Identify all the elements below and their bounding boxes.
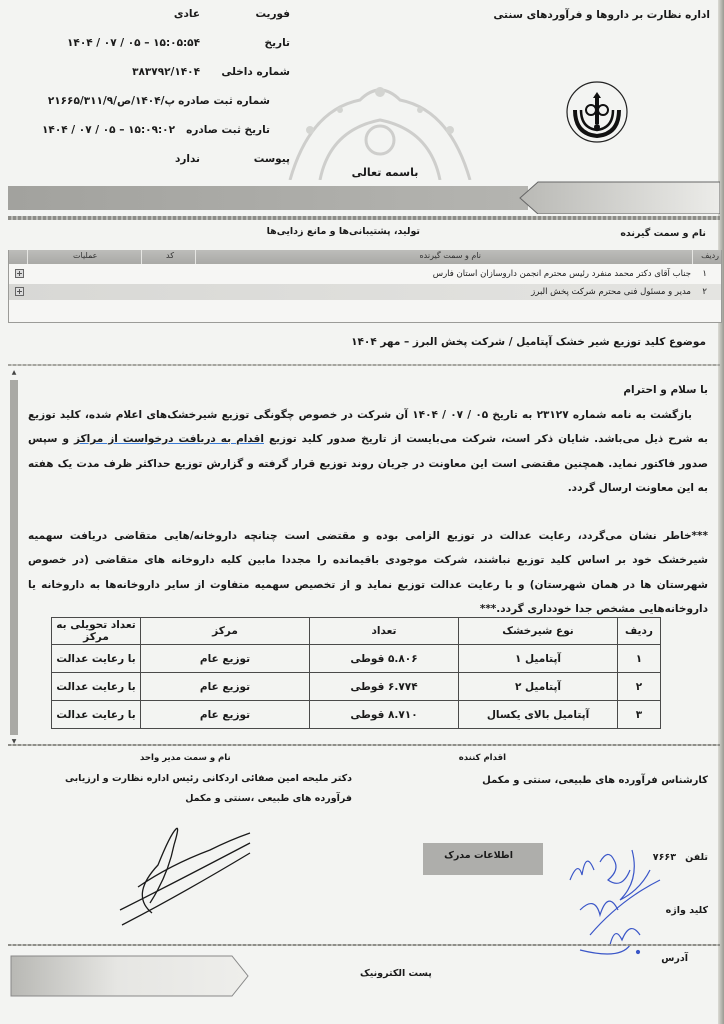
row-delivery: با رعایت عدالت (52, 701, 141, 729)
manager-signature (110, 825, 260, 935)
table-row[interactable]: ۱ جناب آقای دکتر محمد منفرد رئیس محترم ا… (9, 266, 721, 282)
date-label: تاریخ (210, 37, 290, 49)
document-info-label: اطلاعات مدرک (444, 850, 513, 861)
address-label: آدرس (661, 953, 688, 964)
manager-value: دکتر ملیحه امین صفائی اردکانی رئیس اداره… (30, 769, 352, 809)
table-row: ۳ آپتامیل بالای یکسال ۸.۷۱۰ قوطی توزیع ع… (52, 701, 661, 729)
row-count: ۶.۷۷۴ قوطی (310, 673, 459, 701)
keyword-label: کلید واژه (666, 905, 708, 916)
scroll-up-icon[interactable]: ▲ (11, 370, 17, 376)
date-value: ۱۴۰۴ / ۰۷ / ۰۵ – ۱۵:۰۵:۵۴ (67, 37, 200, 49)
issued-no-label: شماره ثبت صادره (170, 95, 270, 107)
university-logo (565, 80, 629, 144)
col-index: ردیف (618, 618, 661, 645)
col-count: تعداد (310, 618, 459, 645)
email-label: پست الکترونیک (360, 968, 432, 979)
scroll-thumb[interactable] (10, 380, 18, 735)
actor-label: اقدام کننده (459, 753, 506, 763)
col-type: نوع شیرخشک (459, 618, 618, 645)
row-recipient: مدیر و مسئول فنی محترم شرکت پخش البرز (531, 287, 691, 297)
department-name: اداره نظارت بر داروها و فرآوردهای سنتی (493, 9, 710, 21)
priority-value: عادی (174, 8, 200, 20)
divider (8, 744, 720, 746)
row-delivery: با رعایت عدالت (52, 645, 141, 673)
priority-label: فوریت (210, 8, 290, 20)
issued-no-value: ۲۱۶۶۵/۳۱۱/۹/پ/۱۴۰۴/ص (48, 95, 175, 107)
phone-label: تلفن (685, 852, 708, 863)
col-operations: عملیات (73, 251, 97, 260)
row-center: توزیع عام (141, 673, 310, 701)
actor-value: کارشناس فرآورده های طبیعی، سنتی و مکمل (482, 775, 708, 786)
greeting: با سلام و احترام (28, 378, 708, 403)
expand-icon[interactable] (15, 269, 24, 278)
attachment-label: پیوست (210, 153, 290, 165)
row-count: ۸.۷۱۰ قوطی (310, 701, 459, 729)
row-index: ۲ (702, 287, 707, 297)
department-banner (8, 180, 720, 214)
recipient-table: ردیف نام و سمت گیرنده کد عملیات ۱ جناب آ… (8, 250, 722, 323)
table-row: ۱ آپتامیل ۱ ۵.۸۰۶ قوطی توزیع عام با رعای… (52, 645, 661, 673)
body-scrollbar[interactable]: ▲ ▼ (10, 370, 18, 745)
row-type: آپتامیل ۱ (459, 645, 618, 673)
row-type: آپتامیل بالای یکسال (459, 701, 618, 729)
row-index: ۱ (618, 645, 661, 673)
phone-value: ۷۶۶۳ (653, 852, 676, 863)
internal-no-value: ۳۸۳۷۹۲/۱۴۰۴ (132, 66, 200, 78)
table-row: ۲ آپتامیل ۲ ۶.۷۷۴ قوطی توزیع عام با رعای… (52, 673, 661, 701)
row-delivery: با رعایت عدالت (52, 673, 141, 701)
letter-subject: موضوع کلید توزیع شیر خشک آپتامیل / شرکت … (351, 336, 706, 348)
table-row[interactable]: ۲ مدیر و مسئول فنی محترم شرکت پخش البرز (9, 284, 721, 300)
document-info-button[interactable]: اطلاعات مدرک (423, 843, 543, 875)
p1-underlined: اقدام به دریافت درخواست از مراکز (74, 433, 264, 445)
divider (8, 364, 720, 366)
recipient-label: نام و سمت گیرنده (620, 228, 706, 239)
attachment-value: ندارد (175, 153, 200, 165)
meta-date: تاریخ ۱۴۰۴ / ۰۷ / ۰۵ – ۱۵:۰۵:۵۴ (20, 37, 350, 55)
col-name: نام و سمت گیرنده (419, 251, 481, 260)
divider (8, 216, 720, 220)
row-type: آپتامیل ۲ (459, 673, 618, 701)
row-index: ۲ (618, 673, 661, 701)
col-center: مرکز (141, 618, 310, 645)
divider (8, 944, 720, 946)
page-edge (718, 0, 724, 1024)
row-center: توزیع عام (141, 701, 310, 729)
manager-label: نام و سمت مدیر واحد (140, 753, 231, 763)
row-index: ۳ (618, 701, 661, 729)
invocation: باسمه تعالی (330, 166, 440, 179)
issued-date-value: ۱۴۰۴ / ۰۷ / ۰۵ – ۱۵:۰۹:۰۲ (42, 124, 175, 136)
distribution-header: ردیف نوع شیرخشک تعداد مرکز تعداد تحویلی … (52, 618, 661, 645)
expand-icon[interactable] (15, 287, 24, 296)
paragraph-1: بازگشت به نامه شماره ۲۳۱۲۷ به تاریخ ۰۵ /… (28, 403, 708, 501)
row-count: ۵.۸۰۶ قوطی (310, 645, 459, 673)
col-delivery: تعداد تحویلی به مرکز (52, 618, 141, 645)
letter-body: با سلام و احترام بازگشت به نامه شماره ۲۳… (28, 378, 708, 622)
distribution-table: ردیف نوع شیرخشک تعداد مرکز تعداد تحویلی … (51, 617, 661, 729)
ornament-decoration (280, 70, 480, 180)
recipient-value: تولید، پشتیبانی‌ها و مانع زدایی‌ها (200, 226, 420, 237)
row-index: ۱ (702, 269, 707, 279)
meta-priority: فوریت عادی (20, 8, 350, 26)
row-recipient: جناب آقای دکتر محمد منفرد رئیس محترم انج… (433, 269, 691, 279)
row-center: توزیع عام (141, 645, 310, 673)
col-code: کد (166, 251, 174, 260)
email-banner (10, 954, 250, 998)
paragraph-2: ***خاطر نشان می‌گردد، رعایت عدالت در توز… (28, 524, 708, 622)
issued-date-label: تاریخ ثبت صادره (170, 124, 270, 136)
internal-no-label: شماره داخلی (210, 66, 290, 78)
col-index: ردیف (701, 251, 719, 260)
recipient-table-header: ردیف نام و سمت گیرنده کد عملیات (9, 250, 721, 264)
